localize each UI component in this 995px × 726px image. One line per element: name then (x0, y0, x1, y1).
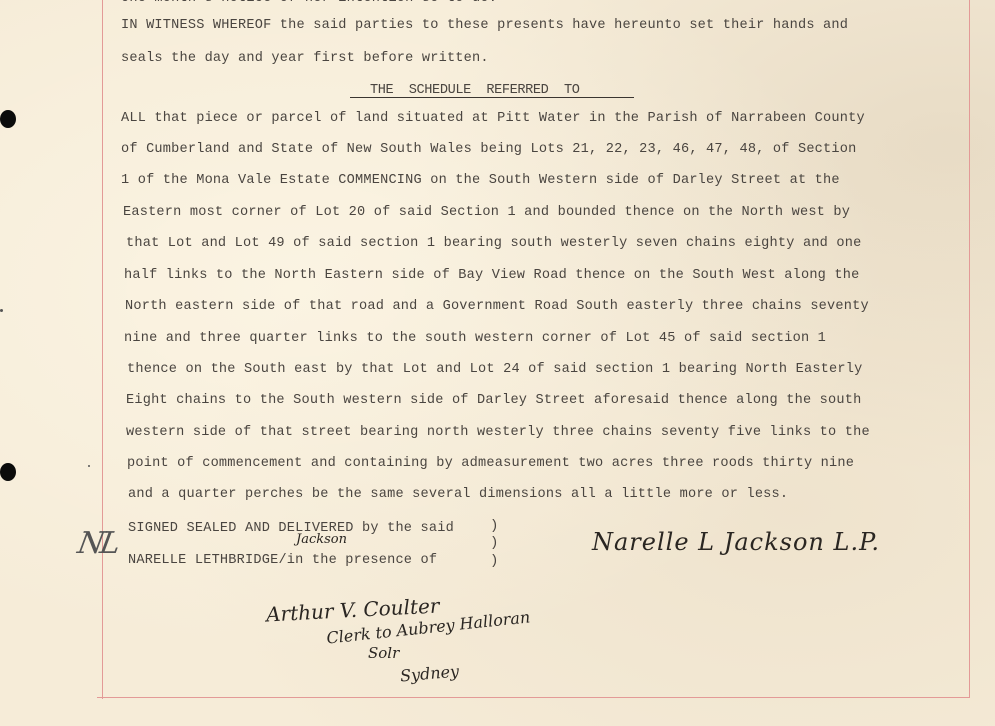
heading-underline (350, 97, 634, 98)
schedule-line: Eastern most corner of Lot 20 of said Se… (123, 205, 850, 221)
left-margin-line (102, 0, 103, 699)
handwritten-name-insert: Jackson (296, 532, 347, 547)
schedule-line: that Lot and Lot 49 of said section 1 be… (126, 236, 861, 252)
punch-hole-bottom (0, 463, 16, 481)
schedule-line: half links to the North Eastern side of … (124, 268, 859, 284)
schedule-line: and a quarter perches be the same severa… (128, 487, 788, 503)
schedule-line: western side of that street bearing nort… (126, 425, 870, 441)
bracket: ) (490, 553, 498, 569)
document-page: One month's notice of her intention so t… (0, 0, 995, 726)
paper-speck (0, 309, 3, 312)
bracket: ) (490, 535, 498, 551)
schedule-line: ALL that piece or parcel of land situate… (121, 111, 865, 127)
punch-hole-top (0, 110, 16, 128)
witness-clause-line: seals the day and year first before writ… (121, 51, 489, 67)
schedule-line: of Cumberland and State of New South Wal… (121, 142, 856, 158)
schedule-line: thence on the South east by that Lot and… (127, 362, 862, 378)
witness-signature-solr: Solr (368, 644, 399, 662)
schedule-line: North eastern side of that road and a Go… (125, 299, 869, 315)
witness-signature-city: Sydney (399, 661, 459, 685)
cut-off-line: One month's notice of her intention so t… (121, 0, 497, 7)
right-margin-line (969, 0, 970, 698)
presence-text: /in the presence of (278, 553, 437, 568)
bracket: ) (490, 518, 498, 534)
bottom-margin-line (97, 697, 970, 698)
witness-clause-line: IN WITNESS WHEREOF the said parties to t… (121, 18, 848, 34)
schedule-line: Eight chains to the South western side o… (126, 393, 861, 409)
schedule-line: nine and three quarter links to the sout… (124, 331, 826, 347)
handwritten-signature: Narelle L Jackson L.P. (592, 528, 880, 556)
execution-clause-line1: SIGNED SEALED AND DELIVERED by the said (128, 521, 454, 537)
execution-clause-line2: NARELLE LETHBRIDGE/in the presence of (128, 553, 437, 569)
schedule-line: point of commencement and containing by … (127, 456, 854, 472)
signatory-name: NARELLE LETHBRIDGE (128, 553, 278, 568)
schedule-line: 1 of the Mona Vale Estate COMMENCING on … (121, 173, 840, 189)
paper-speck (88, 465, 90, 467)
handwritten-initials: NL (75, 526, 119, 561)
